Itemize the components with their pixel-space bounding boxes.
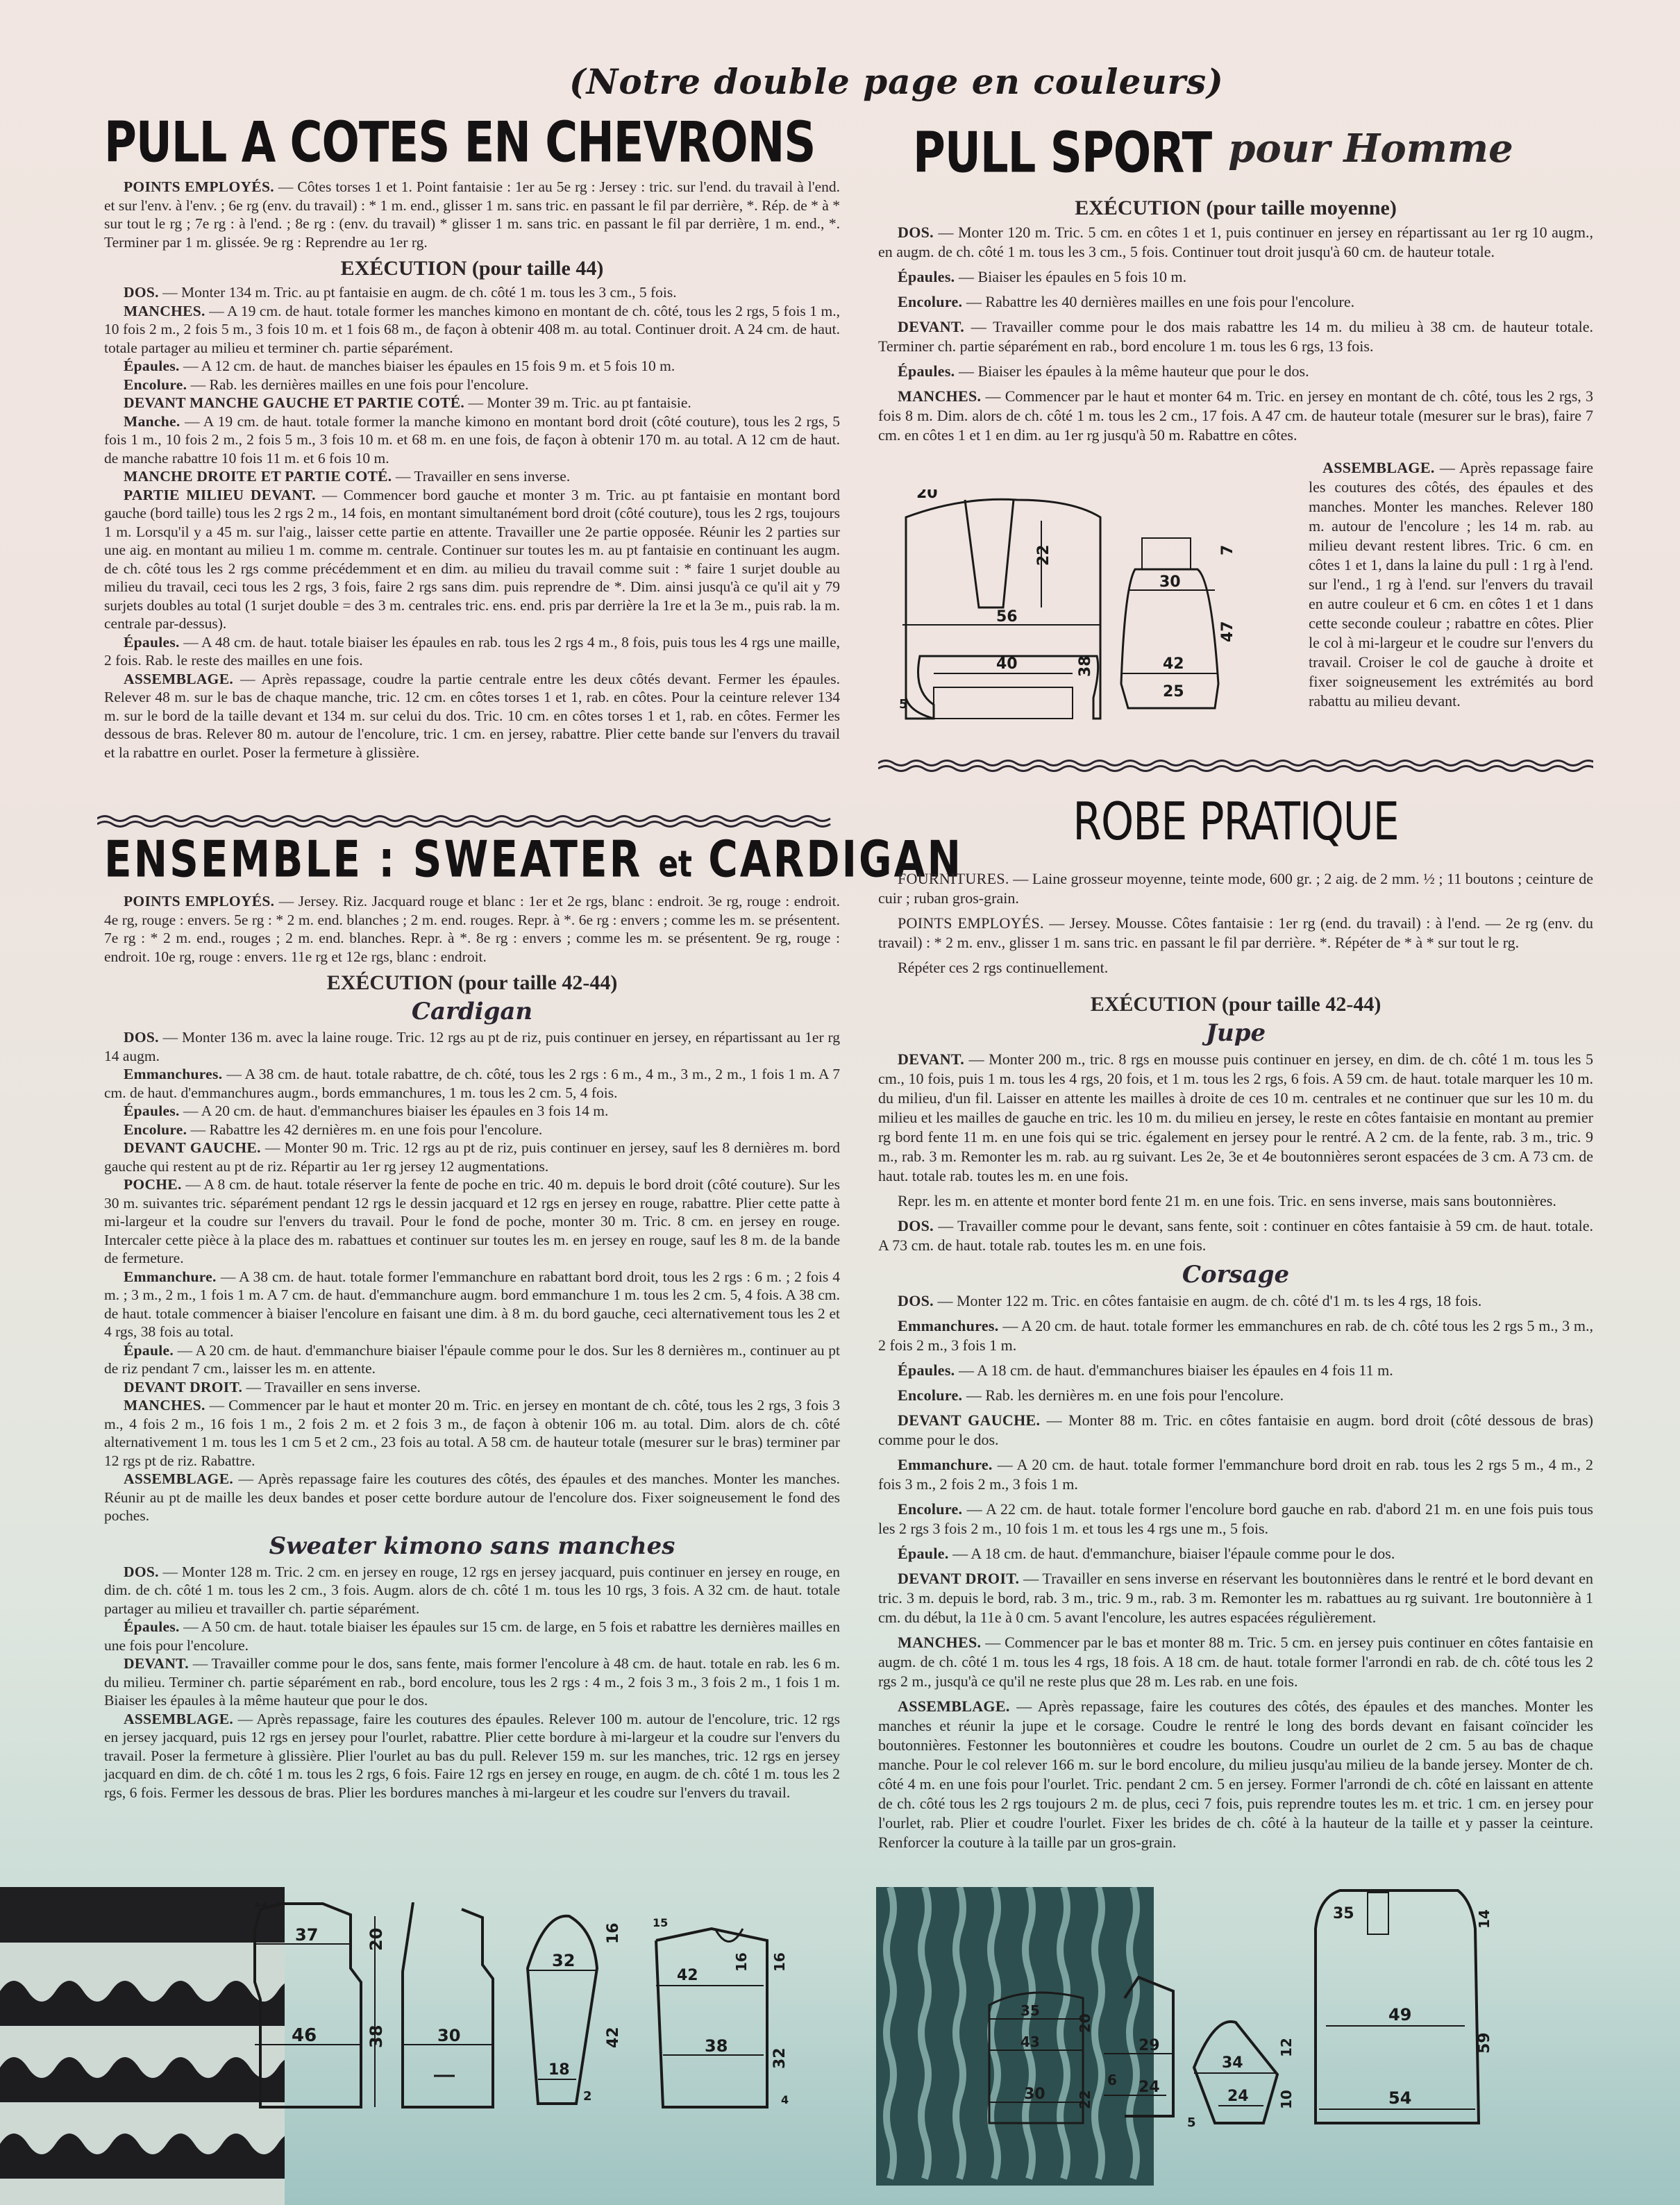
instruction-paragraph: Encolure. — Rab. les dernières m. en une… [878,1386,1593,1405]
instruction-text: — Rab. les dernières m. en une fois pour… [962,1386,1284,1404]
instruction-label: Emmanchures. [898,1317,999,1334]
instruction-text: Repr. les m. en attente et monter bord f… [898,1192,1556,1209]
instruction-label: DEVANT. [124,1655,189,1672]
instruction-label: DOS. [898,1217,934,1234]
dimension-label: 42 [1163,655,1184,673]
instruction-text: — Monter 122 m. Tric. en côtes fantaisie… [934,1292,1481,1309]
robe-schematics: 35 43 30 20 22 29 6 24 34 12 24 10 5 35 … [916,1887,1673,2186]
instruction-paragraph: Emmanchure. — A 20 cm. de haut. totale f… [878,1455,1593,1494]
pull-chevrons-instructions: DOS. — Monter 134 m. Tric. au pt fantais… [104,283,840,762]
instruction-paragraph: Encolure. — Rabattre les 42 dernières m.… [104,1121,840,1139]
ensemble-exec-heading: EXÉCUTION (pour taille 42-44) [104,971,840,995]
robe-section: ROBE PRATIQUE FOURNITURES. — Laine gross… [878,791,1593,1858]
points-employes: POINTS EMPLOYÉS. — Côtes torses 1 et 1. … [104,178,840,251]
instruction-text: — Monter 120 m. Tric. 5 cm. en côtes 1 e… [878,224,1593,260]
instruction-label: DOS. [124,1029,159,1046]
instruction-paragraph: Épaules. — Biaiser les épaules en 5 fois… [878,267,1593,287]
instruction-label: Épaule. [898,1545,949,1562]
dimension-label: 54 [1388,2088,1411,2108]
instruction-text: — A 20 cm. de haut. d'emmanchures biaise… [180,1102,609,1119]
instruction-paragraph: Emmanchures. — A 20 cm. de haut. totale … [878,1316,1593,1355]
instruction-label: DEVANT GAUCHE. [898,1411,1040,1429]
dimension-label: 30 [437,2026,460,2045]
instruction-paragraph: POCHE. — A 8 cm. de haut. totale réserve… [104,1175,840,1268]
dimension-label: 42 [605,2027,622,2048]
instruction-text: — A 19 cm. de haut. totale former les ma… [104,303,840,356]
instruction-text: — Monter 200 m., tric. 8 rgs en mousse p… [878,1050,1593,1184]
instruction-label: DEVANT DROIT. [124,1379,242,1395]
instruction-paragraph: DOS. — Monter 134 m. Tric. au pt fantais… [104,283,840,302]
instruction-label: POCHE. [124,1176,182,1193]
instruction-paragraph: MANCHES. — Commencer par le bas et monte… [878,1633,1593,1691]
dimension-label: 5 [899,697,908,712]
fournitures: FOURNITURES. — Laine grosseur moyenne, t… [878,869,1593,908]
dimension-label: 32 [771,2047,789,2069]
dimension-label: 12 [1278,2038,1295,2057]
cardigan-instructions: DOS. — Monter 136 m. avec la laine rouge… [104,1028,840,1525]
dimension-label: 35 [1333,1905,1354,1922]
instruction-label: Épaule. [124,1342,174,1359]
assemblage-paragraph: ASSEMBLAGE. — Après repassage faire les … [1309,458,1593,711]
assemblage-text: — Après repassage faire les coutures des… [1309,459,1593,710]
instruction-label: DOS. [124,1563,159,1580]
instruction-text: — Biaiser les épaules à la même hauteur … [955,362,1309,380]
instruction-text: — Travailler en sens inverse. [242,1379,421,1395]
dimension-label: 24 [1227,2088,1249,2105]
dimension-label: 7 [1219,545,1236,555]
instruction-label: Encolure. [898,1500,962,1518]
robe-exec-heading: EXÉCUTION (pour taille 42-44) [878,993,1593,1016]
dimension-label: 47 [1219,621,1236,642]
dimension-label: 20 [367,1928,386,1951]
dimension-label: 59 [1476,2032,1493,2054]
points-label: POINTS EMPLOYÉS. [124,178,274,195]
instruction-label: DOS. [124,284,159,301]
instruction-paragraph: DEVANT. — Travailler comme pour le dos m… [878,317,1593,356]
jupe-instructions: DEVANT. — Monter 200 m., tric. 8 rgs en … [878,1050,1593,1255]
instruction-label: Épaules. [124,358,180,374]
instruction-label: ASSEMBLAGE. [898,1697,1010,1715]
ensemble-schematics: 12,5 37 20 46 38 30 32 16 42 18 2 15 42 … [253,1902,840,2131]
instruction-text: — A 12 cm. de haut. de manches biaiser l… [180,358,675,374]
fournitures-label: FOURNITURES. [898,870,1009,887]
corsage-instructions: DOS. — Monter 122 m. Tric. en côtes fant… [878,1291,1593,1852]
dimension-label: 38 [367,2025,386,2048]
pull-sport-exec-heading: EXÉCUTION (pour taille moyenne) [878,196,1593,220]
robe-title: ROBE PRATIQUE [878,791,1593,853]
instruction-paragraph: DOS. — Monter 122 m. Tric. en côtes fant… [878,1291,1593,1311]
instruction-paragraph: MANCHE DROITE ET PARTIE COTÉ. — Travaill… [104,467,840,486]
instruction-label: Encolure. [898,1386,962,1404]
instruction-paragraph: DEVANT. — Monter 200 m., tric. 8 rgs en … [878,1050,1593,1186]
dimension-label: 2 [583,2089,592,2104]
instruction-paragraph: Épaules. — Biaiser les épaules à la même… [878,362,1593,381]
assemblage-label: ASSEMBLAGE. [1322,459,1435,476]
instruction-label: Encolure. [124,1121,187,1138]
pull-chevrons-section: PULL A COTES EN CHEVRONS POINTS EMPLOYÉS… [104,111,840,762]
instruction-label: DEVANT DROIT. [898,1570,1019,1587]
instruction-paragraph: ASSEMBLAGE. — Après repassage, faire les… [104,1710,840,1802]
instruction-text: — Rabattre les 40 dernières mailles en u… [962,293,1354,310]
instruction-text: — Rabattre les 42 dernières m. en une fo… [187,1121,542,1138]
instruction-paragraph: Épaule. — A 20 cm. de haut. d'emmanchure… [104,1341,840,1378]
instruction-paragraph: Épaules. — A 18 cm. de haut. d'emmanchur… [878,1361,1593,1380]
instruction-text: — Monter 128 m. Tric. 2 cm. en jersey en… [104,1563,840,1617]
dimension-label: 5 [1187,2115,1196,2130]
instruction-paragraph: Emmanchure. — A 38 cm. de haut. totale f… [104,1268,840,1341]
instruction-paragraph: Épaule. — A 18 cm. de haut. d'emmanchure… [878,1544,1593,1563]
instruction-paragraph: DEVANT GAUCHE. — Monter 90 m. Tric. 12 r… [104,1139,840,1175]
instruction-paragraph: MANCHES. — Commencer par le haut et mont… [104,1396,840,1470]
robe-points: POINTS EMPLOYÉS. — Jersey. Mousse. Côtes… [878,914,1593,953]
dimension-label: 22 [1035,544,1052,566]
instruction-paragraph: Épaules. — A 12 cm. de haut. de manches … [104,357,840,376]
jacquard-photo [0,1887,285,2205]
pull-sport-instructions: DOS. — Monter 120 m. Tric. 5 cm. en côte… [878,223,1593,445]
instruction-label: Manche. [124,413,180,430]
pull-sport-section: EXÉCUTION (pour taille moyenne) DOS. — M… [878,191,1593,451]
instruction-label: PARTIE MILIEU DEVANT. [124,487,316,503]
pull-sport-title-a: PULL SPORT [913,121,1211,186]
pull-sport-title-b: pour Homme [1228,126,1513,171]
instruction-text: — Biaiser les épaules en 5 fois 10 m. [955,268,1186,285]
instruction-label: DEVANT. [898,318,964,335]
instruction-label: MANCHES. [124,1397,205,1414]
pull-sport-schematic: 20 22 56 38 40 5 7 30 47 42 25 [892,489,1309,732]
dimension-label: 18 [548,2061,570,2079]
instruction-paragraph: MANCHES. — Commencer par le haut et mont… [878,387,1593,445]
instruction-paragraph: Repr. les m. en attente et monter bord f… [878,1191,1593,1211]
instruction-label: DEVANT MANCHE GAUCHE ET PARTIE COTÉ. [124,394,464,411]
dimension-label: 37 [295,1925,318,1945]
instruction-text: — Travailler en sens inverse. [392,468,570,485]
instruction-text: — A 19 cm. de haut. totale former la man… [104,413,840,467]
instruction-label: MANCHES. [898,1634,981,1651]
instruction-text: — A 22 cm. de haut. totale former l'enco… [878,1500,1593,1537]
instruction-label: ASSEMBLAGE. [124,1711,233,1727]
instruction-text: — Monter 39 m. Tric. au pt fantaisie. [464,394,691,411]
ensemble-points: POINTS EMPLOYÉS. — Jersey. Riz. Jacquard… [104,892,840,966]
ensemble-points-label: POINTS EMPLOYÉS. [124,893,274,909]
instruction-label: Épaules. [898,1361,955,1379]
instruction-paragraph: DOS. — Monter 128 m. Tric. 2 cm. en jers… [104,1563,840,1618]
instruction-text: — Commencer par le bas et monter 88 m. T… [878,1634,1593,1690]
dimension-label: 29 [1139,2037,1160,2054]
sweater-heading: Sweater kimono sans manches [104,1532,840,1560]
instruction-paragraph: DEVANT GAUCHE. — Monter 88 m. Tric. en c… [878,1411,1593,1450]
instruction-text: — Commencer bord gauche et monter 3 m. T… [104,487,840,632]
cardigan-heading: Cardigan [104,998,840,1025]
sweater-instructions: DOS. — Monter 128 m. Tric. 2 cm. en jers… [104,1563,840,1802]
instruction-text: — A 50 cm. de haut. totale biaiser les é… [104,1618,840,1654]
ensemble-title-a: ENSEMBLE : SWEATER [104,830,642,889]
instruction-label: DEVANT. [898,1050,964,1068]
dimension-label: 16 [605,1922,622,1944]
instruction-label: Épaules. [898,268,955,285]
instruction-label: Encolure. [898,293,962,310]
dimension-label: 43 [1020,2034,1040,2050]
instruction-text: — Monter 136 m. avec la laine rouge. Tri… [104,1029,840,1064]
pull-chevrons-title: PULL A COTES EN CHEVRONS [104,111,840,176]
instruction-paragraph: Épaules. — A 20 cm. de haut. d'emmanchur… [104,1102,840,1121]
wavy-divider [97,814,833,829]
dimension-label: 15 [653,1916,668,1929]
dimension-label: 34 [1222,2054,1243,2072]
instruction-text: — Rab. les dernières mailles en une fois… [187,376,528,393]
dimension-label: 10 [1278,2090,1295,2109]
instruction-paragraph: DEVANT MANCHE GAUCHE ET PARTIE COTÉ. — M… [104,394,840,412]
ensemble-title-et: et [658,843,692,885]
dimension-label: 12,5 [253,1902,280,1909]
instruction-paragraph: Manche. — A 19 cm. de haut. totale forme… [104,412,840,468]
instruction-label: DEVANT GAUCHE. [124,1139,261,1156]
dimension-label: 20 [916,489,938,502]
dimension-label: 16 [733,1952,750,1972]
instruction-text: — Après repassage, faire les coutures de… [878,1697,1593,1851]
dimension-label: 22 [1077,2090,1093,2109]
dimension-label: 6 [1107,2072,1117,2088]
dimension-label: 40 [996,655,1018,673]
ensemble-section: ENSEMBLE : SWEATER et CARDIGAN POINTS EM… [104,830,840,1802]
instruction-label: Épaules. [124,1102,180,1119]
instruction-paragraph: DEVANT. — Travailler comme pour le dos, … [104,1654,840,1710]
instruction-label: ASSEMBLAGE. [124,1470,233,1487]
instruction-paragraph: PARTIE MILIEU DEVANT. — Commencer bord g… [104,486,840,633]
dimension-label: 30 [1159,573,1181,591]
dimension-label: 30 [1024,2086,1045,2103]
dimension-label: 49 [1388,2005,1411,2024]
instruction-label: MANCHES. [124,303,205,319]
instruction-label: DOS. [898,1292,934,1309]
instruction-label: ASSEMBLAGE. [124,671,233,687]
instruction-paragraph: Épaules. — A 48 cm. de haut. totale biai… [104,633,840,670]
instruction-label: Emmanchure. [124,1268,217,1285]
dimension-label: 25 [1163,683,1184,701]
jupe-heading: Jupe [878,1019,1593,1047]
dimension-label: 32 [552,1951,575,1970]
dimension-label: 56 [996,608,1018,626]
instruction-label: Emmanchures. [124,1066,222,1082]
instruction-text: — Travailler comme pour le dos, sans fen… [104,1655,840,1709]
page-kicker: (Notre double page en couleurs) [569,61,1224,102]
instruction-paragraph: MANCHES. — A 19 cm. de haut. totale form… [104,302,840,358]
instruction-paragraph: DOS. — Monter 120 m. Tric. 5 cm. en côte… [878,223,1593,262]
instruction-label: Épaules. [898,362,955,380]
dimension-label: 4 [781,2093,789,2106]
ensemble-title: ENSEMBLE : SWEATER et CARDIGAN [104,830,840,889]
instruction-paragraph: Encolure. — Rab. les dernières mailles e… [104,376,840,394]
dimension-label: 16 [771,1952,788,1972]
instruction-paragraph: DEVANT DROIT. — Travailler en sens inver… [878,1569,1593,1627]
dimension-label: 38 [705,2036,728,2056]
corsage-heading: Corsage [878,1261,1593,1289]
instruction-paragraph: DOS. — Monter 136 m. avec la laine rouge… [104,1028,840,1065]
instruction-paragraph: ASSEMBLAGE. — Après repassage, faire les… [878,1697,1593,1852]
instruction-label: Épaules. [124,634,180,651]
instruction-text: — Commencer par le haut et monter 64 m. … [878,387,1593,444]
dimension-label: 24 [1139,2079,1160,2096]
instruction-paragraph: Encolure. — A 22 cm. de haut. totale for… [878,1500,1593,1539]
instruction-text: — A 18 cm. de haut. d'emmanchures biaise… [955,1361,1393,1379]
instruction-label: MANCHE DROITE ET PARTIE COTÉ. [124,468,392,485]
pull-sport-title: PULL SPORT pour Homme [913,121,1607,173]
instruction-paragraph: ASSEMBLAGE. — Après repassage, coudre la… [104,670,840,762]
pull-sport-assemblage: ASSEMBLAGE. — Après repassage faire les … [1309,458,1593,716]
dimension-label: 46 [292,2025,317,2046]
instruction-text: — Travailler comme pour le devant, sans … [878,1217,1593,1254]
robe-points-2: Répéter ces 2 rgs continuellement. [878,958,1593,978]
instruction-paragraph: Encolure. — Rabattre les 40 dernières ma… [878,292,1593,312]
instruction-paragraph: Épaules. — A 50 cm. de haut. totale biai… [104,1618,840,1654]
instruction-text: — Monter 134 m. Tric. au pt fantaisie en… [159,284,677,301]
dimension-label: 14 [1476,1909,1493,1929]
instruction-label: DOS. [898,224,934,241]
instruction-text: — A 18 cm. de haut. d'emmanchure, biaise… [949,1545,1395,1562]
instruction-text: — A 8 cm. de haut. totale réserver la fe… [104,1176,840,1266]
instruction-paragraph: ASSEMBLAGE. — Après repassage faire les … [104,1470,840,1525]
exec-heading: EXÉCUTION (pour taille 44) [104,257,840,280]
dimension-label: 35 [1020,2002,1040,2019]
robe-points-label: POINTS EMPLOYÉS. [898,914,1044,932]
instruction-text: — A 48 cm. de haut. totale biaiser les é… [104,634,840,669]
instruction-label: Emmanchure. [898,1456,993,1473]
instruction-paragraph: Emmanchures. — A 38 cm. de haut. totale … [104,1065,840,1102]
instruction-text: — A 20 cm. de haut. d'emmanchure biaiser… [104,1342,840,1377]
wavy-divider-right [878,758,1593,773]
instruction-paragraph: DEVANT DROIT. — Travailler en sens inver… [104,1378,840,1397]
instruction-text: — Commencer par le haut et monter 20 m. … [104,1397,840,1469]
instruction-label: Encolure. [124,376,187,393]
instruction-label: MANCHES. [898,387,981,405]
dimension-label: 38 [1077,655,1094,677]
instruction-label: Épaules. [124,1618,180,1635]
instruction-text: — Travailler comme pour le dos mais raba… [878,318,1593,355]
instruction-paragraph: DOS. — Travailler comme pour le devant, … [878,1216,1593,1255]
dimension-label: 42 [677,1967,698,1984]
dimension-label: 20 [1077,2013,1093,2033]
